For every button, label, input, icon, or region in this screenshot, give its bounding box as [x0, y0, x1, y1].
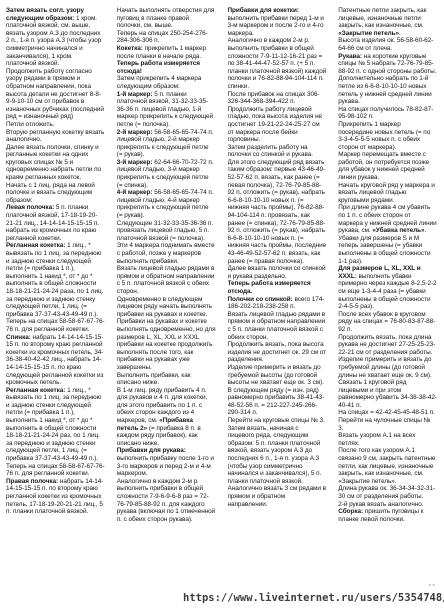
text-run: Затем разделить работу на полочки со спи…	[228, 144, 313, 159]
paragraph: 4-й маркер: 56-58-65-65-74-74 п. лицевой…	[117, 189, 216, 219]
text-run: Теперь на спицах 58-58-67-67-76-76 п. дл…	[6, 318, 105, 333]
paragraph: 1-й маркер: 5 п. планки платочной вязкой…	[117, 91, 216, 129]
paragraph: Маркер перемещать вместе с работой, он п…	[338, 151, 437, 181]
text-run: Вязать узором А.1 на всех петлях.	[338, 432, 415, 447]
text-run: Перейти на круговые спицы № 3.	[228, 417, 325, 424]
text-run: Длина рукава ок. 36-34-34-32-31-30 см от…	[338, 485, 435, 500]
paragraph: При длине рукава 4 см убавить по 1 п. с …	[338, 204, 437, 234]
text-run: Теперь на спицах 58-58-67-67-76-76 п. дл…	[6, 463, 105, 478]
text-run: Следующие 31-32-33-35-36-36 п. провязать…	[117, 220, 213, 242]
bold-text-run: 4-й маркер:	[117, 189, 153, 196]
text-run: 1 лиц., * вывязать по 1 лиц. за переднюю…	[6, 387, 101, 462]
paragraph: Прибавки на рукавах и кокетке выполнять …	[117, 318, 216, 371]
paragraph: Далее вязать полочки со спинкой и рукава…	[228, 265, 327, 280]
text-run: 1 лиц., * вывязать по 1 лиц. за переднюю…	[6, 242, 103, 317]
paragraph: Эти 4 маркера поднимать вместе с работой…	[117, 242, 216, 265]
text-run: После всех убавок в круговом ряду на спи…	[338, 311, 435, 333]
paragraph: Прикрепить 1 маркер посередине новых пет…	[338, 121, 437, 151]
paragraph: После прибавок на спицах 306-326-344-368…	[228, 91, 327, 106]
paragraph: В 1-м лиц. ряду прибавить 4 п. для рукав…	[117, 387, 216, 448]
column-4: Патентные петли закрыть, как лицевые, из…	[338, 7, 437, 523]
paragraph: Аналогично в каждом 2-м р. выполнить при…	[117, 478, 216, 524]
bold-text-run: Теперь работа измеряется отсюда!	[117, 60, 200, 75]
paragraph: Теперь работа измеряется отсюда!	[117, 60, 216, 75]
text-run: Вторую регланную кокетку вязать аналогич…	[6, 129, 104, 144]
paragraph: 2-й маркер: 56-58-65-65-74-74 п. лицевой…	[117, 129, 216, 159]
text-run: На спицах = 42-42-45-45-48-51 п.	[338, 409, 435, 416]
paragraph: Начать круговой ряд у маркера и вязать л…	[338, 182, 437, 205]
paragraph: Теперь на спицах 58-58-67-67-76-76 п. дл…	[6, 318, 105, 333]
page-mark: --	[429, 580, 436, 589]
text-run: Затем прикрепить 4 маркера следующим обр…	[117, 75, 201, 90]
bold-text-run: «Убавка петель»	[372, 227, 424, 234]
paragraph: Высота изделия ок. 56-58-60-62-64-66 см …	[338, 37, 437, 52]
text-run: Прибавки на рукавах и кокетке выполнять …	[117, 318, 216, 371]
column-1: Затем вязать согл. узору следующим образ…	[6, 7, 105, 523]
text-run: Теперь на спицах 250-254-276-284-306-306…	[117, 30, 208, 45]
paragraph: Для этого следующий ряд вязать таким обр…	[228, 159, 327, 265]
bold-text-run: Затем вязать согл. узору следующим образ…	[6, 7, 84, 22]
paragraph: Для размеров L, XL, XXL и XXXL: выполнит…	[338, 265, 437, 311]
text-run: выполнить прибавки перед 1-м и 3-м марке…	[228, 15, 324, 37]
text-run: Аналогично в каждом 2-м р. выполнить при…	[117, 478, 215, 523]
text-run: Дополнительно набрать по 1-й петле из 6-…	[338, 75, 431, 105]
paragraph: Изделие примерить и вязать до требуемой …	[338, 356, 437, 379]
text-run: 2-й рукав вязать аналогично.	[338, 501, 423, 508]
text-run: Эти 4 маркера поднимать вместе с работой…	[117, 242, 215, 264]
paragraph: Одновременно в следующем лицевом ряду на…	[117, 296, 216, 319]
paragraph: Длина рукава ок. 36-34-34-32-31-30 см от…	[338, 485, 437, 500]
paragraph: Перейти на круговые спицы № 3.	[228, 417, 327, 425]
bold-text-run: Рукава:	[338, 53, 362, 60]
paragraph: 3-й маркер: 62-64-66-70-72-72 п. лицевой…	[117, 159, 216, 189]
paragraph: Кокетка: прикрепить 1 маркер после планк…	[117, 45, 216, 60]
paragraph: Продолжить вязать, пока высота изделия н…	[228, 341, 327, 364]
paragraph: Аналогично в каждом 2-м р. выполнить при…	[228, 37, 327, 90]
paragraph: Спинка: набрать 14-14-14-15-15-15 п. по …	[6, 334, 105, 387]
paragraph: Изделие примерить и вязать до требуемой …	[228, 364, 327, 387]
bold-text-run: Прибавки для рукава:	[117, 447, 186, 454]
text-run: Вязать лицевой гладью рядами в прямом и …	[117, 265, 215, 295]
paragraph: Вторую регланную кокетку вязать аналогич…	[6, 129, 105, 144]
bold-text-run: Полочки со спинкой:	[228, 296, 293, 303]
bold-text-run: Теперь работа измеряется отсюда.	[228, 280, 311, 295]
paragraph: Далее вязать полочки, спинку и регланные…	[6, 144, 105, 182]
bold-text-run: Регланная кокетка:	[6, 242, 65, 249]
bold-text-run: 1-й маркер:	[117, 91, 153, 98]
paragraph: Начать с 1 лиц. ряда на левой полочке и …	[6, 182, 105, 205]
bold-text-run: Прибавки для кокетки:	[228, 7, 299, 14]
paragraph: Дополнительно набрать по 1-й петле из 6-…	[338, 75, 437, 105]
text-run: Прикрепить 1 маркер посередине новых пет…	[338, 121, 430, 151]
text-run: Аналогично в каждом 2-м р. выполнить при…	[228, 37, 327, 90]
text-run: Далее вязать полочки, спинку и регланные…	[6, 144, 101, 181]
paragraph: Сборка: пришить пуговицы к планке левой …	[338, 508, 437, 523]
paragraph: Выполнить прибавки, как описано ниже.	[117, 372, 216, 387]
paragraph: Регланная кокетка: 1 лиц., * вывязать по…	[6, 242, 105, 318]
text-run: Продолжить вязать, пока длина рукава не …	[338, 334, 435, 356]
bold-text-run: 3-й маркер:	[117, 159, 153, 166]
paragraph: Продолжить работу лицевой гладью, пока в…	[228, 106, 327, 144]
columns: Затем вязать согл. узору следующим образ…	[6, 7, 437, 523]
text-run: Связать 1 круговой ряд лицевыми и при эт…	[338, 379, 437, 409]
watermark-url: https://www.liveinternet.ru/users/535474…	[183, 592, 444, 604]
paragraph: Затем вязать согл. узору следующим образ…	[6, 7, 105, 68]
text-run: Перейти на чулочные спицы № 3.	[338, 417, 430, 432]
text-run: Для этого следующий ряд вязать таким обр…	[228, 159, 327, 265]
paragraph: Прибавки для рукава: выполнить прибавку …	[117, 447, 216, 477]
text-run: Начать с 1 лиц. ряда на левой полочке и …	[6, 182, 95, 204]
text-run: Продолжить работу согласно узору рядами …	[6, 68, 104, 121]
text-run: Изделие примерить и вязать до требуемой …	[338, 356, 431, 378]
text-run: Патентные петли закрыть, как лицевые, из…	[338, 7, 426, 29]
paragraph: Перейти на чулочные спицы № 3.	[338, 417, 437, 432]
paragraph: Затем разделить работу на полочки со спи…	[228, 144, 327, 159]
text-run: Аналогично вязать 3 см рядами в прямом и…	[228, 485, 326, 507]
paragraph: Продолжить работу согласно узору рядами …	[6, 68, 105, 121]
paragraph: Рукава: на короткие круговые спицы № 5 н…	[338, 53, 437, 76]
bold-text-run: Спинка:	[6, 334, 31, 341]
column-3: Прибавки для кокетки: выполнить прибавки…	[228, 7, 327, 523]
bold-text-run: Левая полочка:	[6, 204, 54, 211]
text-run: После прибавок на спицах 306-326-344-368…	[228, 91, 320, 106]
paragraph: Вязать лицевой гладью рядами в прямом и …	[117, 265, 216, 295]
paragraph: Затем вязать, начиная с лицевого ряда, с…	[228, 425, 327, 486]
paragraph: Аналогично вязать 3 см рядами в прямом и…	[228, 485, 327, 508]
paragraph: Начать выполнять отверстия для пуговиц в…	[117, 7, 216, 30]
bold-text-run: «Закрытие петель»	[338, 30, 399, 37]
text-run: Убавки для размеров S и M теперь заверше…	[338, 235, 430, 265]
text-run: Продолжить работу лицевой гладью, пока в…	[228, 106, 323, 143]
paragraph: Прибавки для кокетки: выполнить прибавки…	[228, 7, 327, 37]
text-run: На спицах получилось 78-82-87-95-98-102 …	[338, 106, 433, 121]
text-run: После того как узором А.1 связано 9 см, …	[338, 447, 435, 484]
paragraph: Теперь работа измеряется отсюда.	[228, 280, 327, 295]
paragraph: Патентные петли закрыть, как лицевые, из…	[338, 7, 437, 37]
text-run: .	[399, 30, 401, 37]
paragraph: В следующем ряду (= изн. ряд) равномерно…	[228, 387, 327, 417]
text-run: набрать 14-14-14-15-15-15 п. по второму …	[6, 334, 103, 387]
paragraph: Теперь на спицах 58-58-67-67-76-76 п. дл…	[6, 463, 105, 478]
paragraph: После всех убавок в круговом ряду на спи…	[338, 311, 437, 334]
text-run: Маркер перемещать вместе с работой, он п…	[338, 151, 429, 181]
bold-text-run: 2-й маркер:	[117, 129, 153, 136]
paragraph: Правая полочка: набрать 14-14-14-15-15-1…	[6, 478, 105, 516]
paragraph: Полочки со спинкой: всего 174-186-202-21…	[228, 296, 327, 311]
text-run: Изделие примерить и вязать до требуемой …	[228, 364, 324, 386]
text-run: Начать выполнять отверстия для пуговиц в…	[117, 7, 215, 29]
paragraph: Регланная кокетка: 1 лиц., * вывязать по…	[6, 387, 105, 463]
text-run: 1 кром. платочной вязкой, см. выше, вяза…	[6, 15, 101, 68]
paragraph: Следующие 31-32-33-35-36-36 п. провязать…	[117, 220, 216, 243]
knitting-instructions-page: Затем вязать согл. узору следующим образ…	[0, 0, 444, 612]
paragraph: Петли отложить.	[6, 121, 105, 129]
paragraph: Вязать лицевой гладью рядами в прямом и …	[228, 311, 327, 341]
text-run: выполнить прибавку после 1-го и 3-го мар…	[117, 455, 214, 477]
paragraph: Связать 1 круговой ряд лицевыми и при эт…	[338, 379, 437, 409]
text-run: В следующем ряду (= изн. ряд) равномерно…	[228, 387, 325, 417]
text-run: Одновременно в следующем лицевом ряду на…	[117, 296, 212, 318]
paragraph: Затем прикрепить 4 маркера следующим обр…	[117, 75, 216, 90]
text-run: .	[425, 227, 427, 234]
text-run: Затем вязать, начиная с лицевого ряда, с…	[228, 425, 322, 485]
paragraph: Теперь на спицах 250-254-276-284-306-306…	[117, 30, 216, 45]
text-run: Петли отложить.	[6, 121, 54, 128]
paragraph: Продолжить вязать, пока длина рукава не …	[338, 334, 437, 357]
bold-text-run: Правая полочка:	[6, 478, 58, 485]
text-run: Вязать лицевой гладью рядами в прямом и …	[228, 311, 326, 341]
paragraph: На спицах получилось 78-82-87-95-98-102 …	[338, 106, 437, 121]
paragraph: Вязать узором А.1 на всех петлях.	[338, 432, 437, 447]
paragraph: После того как узором А.1 связано 9 см, …	[338, 447, 437, 485]
bold-text-run: Регланная кокетка:	[6, 387, 65, 394]
paragraph: На спицах = 42-42-45-45-48-51 п.	[338, 409, 437, 417]
paragraph: Левая полочка: 5 п. планки платочной вяз…	[6, 204, 105, 242]
bold-text-run: Кокетка:	[117, 45, 143, 52]
text-run: Начать круговой ряд у маркера и вязать л…	[338, 182, 435, 204]
text-run: Высота изделия ок. 56-58-60-62-64-66 см …	[338, 37, 433, 52]
text-run: Далее вязать полочки со спинкой и рукава…	[228, 265, 326, 280]
text-run: Выполнить прибавки, как описано ниже.	[117, 372, 191, 387]
paragraph: Убавки для размеров S и M теперь заверше…	[338, 235, 437, 265]
text-run: Продолжить вязать, пока высота изделия н…	[228, 341, 327, 363]
bold-text-run: Сборка:	[338, 508, 363, 515]
column-2: Начать выполнять отверстия для пуговиц в…	[117, 7, 216, 523]
